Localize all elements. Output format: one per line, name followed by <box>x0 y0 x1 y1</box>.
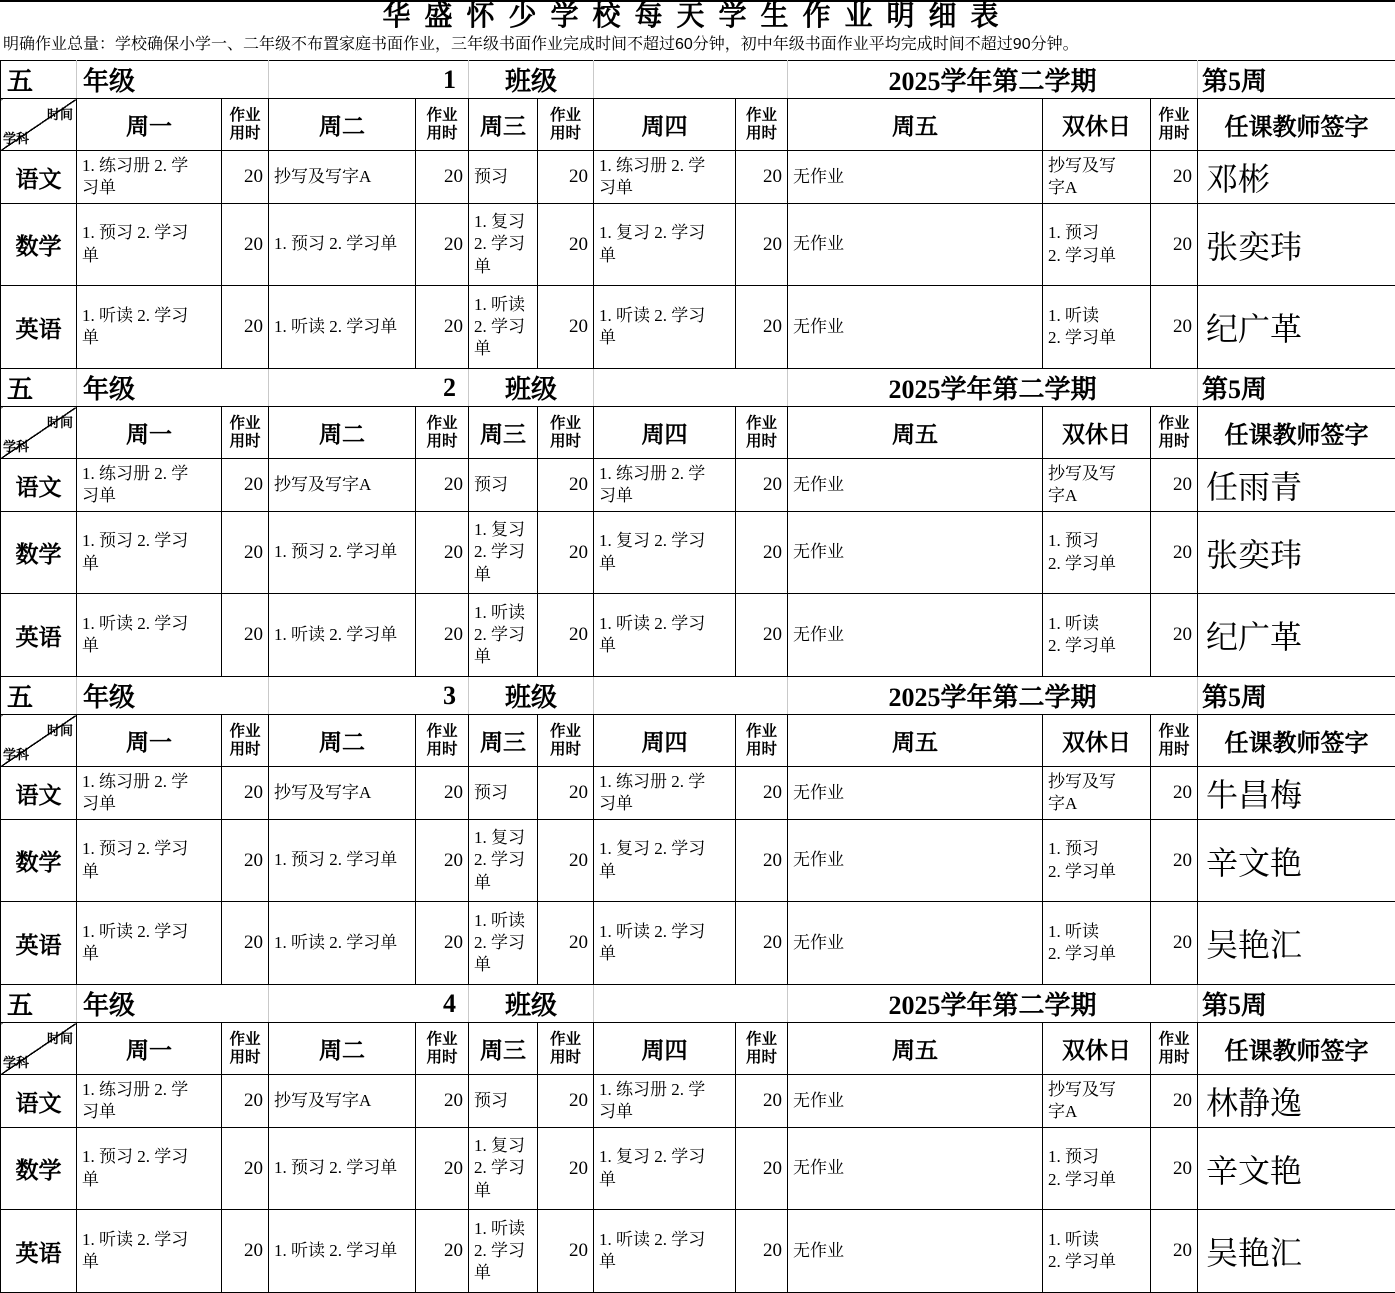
band-semester: 2025学年第二学期 <box>788 985 1198 1023</box>
minutes-cell: 20 <box>1151 151 1198 204</box>
minutes-cell: 20 <box>222 286 269 369</box>
duration-header: 作业用时 <box>416 99 469 151</box>
band-class-label: 班级 <box>469 985 594 1023</box>
homework-cell: 预习 <box>469 767 538 820</box>
day-header-wed: 周三 <box>469 99 538 151</box>
corner-subject-label: 学科 <box>3 744 29 763</box>
duration-header: 作业用时 <box>736 99 788 151</box>
homework-cell: 抄写及写字A <box>269 459 416 512</box>
duration-header: 作业用时 <box>1151 407 1198 459</box>
homework-cell: 1. 练习册 2. 学习单 <box>594 1075 736 1128</box>
subject-label: 语文 <box>1 151 77 204</box>
duration-header: 作业用时 <box>222 715 269 767</box>
weekend-header: 双休日 <box>1043 715 1151 767</box>
day-header-tue: 周二 <box>269 407 416 459</box>
band-class-label: 班级 <box>469 677 594 715</box>
day-header-tue: 周二 <box>269 1023 416 1075</box>
table-row: 英语 1. 听读 2. 学习单 20 1. 听读 2. 学习单 20 1. 听读… <box>1 1210 1395 1293</box>
duration-header: 作业用时 <box>222 407 269 459</box>
minutes-cell: 20 <box>416 767 469 820</box>
minutes-cell: 20 <box>1151 1210 1198 1293</box>
minutes-cell: 20 <box>416 286 469 369</box>
homework-cell: 1. 复习 2. 学习单 <box>469 820 538 902</box>
table-row: 英语 1. 听读 2. 学习单 20 1. 听读 2. 学习单 20 1. 听读… <box>1 286 1395 369</box>
minutes-cell: 20 <box>416 1075 469 1128</box>
homework-cell: 1. 听读 2. 学习单 <box>594 1210 736 1293</box>
band-grade: 五 <box>1 369 77 407</box>
weekend-header: 双休日 <box>1043 1023 1151 1075</box>
duration-header: 作业用时 <box>538 715 594 767</box>
teacher-signature-cell: 任雨青 <box>1198 459 1395 512</box>
minutes-cell: 20 <box>222 1128 269 1210</box>
homework-cell: 无作业 <box>788 512 1043 594</box>
corner-cell: 时间 学科 <box>1 99 77 151</box>
homework-cell: 抄写及写字A <box>269 151 416 204</box>
minutes-cell: 20 <box>736 286 788 369</box>
table-row: 数学 1. 预习 2. 学习单 20 1. 预习 2. 学习单 20 1. 复习… <box>1 512 1395 594</box>
corner-time-label: 时间 <box>47 720 73 739</box>
subject-label: 数学 <box>1 512 77 594</box>
homework-cell: 抄写及写 字A <box>1043 1075 1151 1128</box>
section-band-row: 五 年级 2 班级 2025学年第二学期 第5周 <box>1 369 1395 407</box>
day-header-mon: 周一 <box>77 407 222 459</box>
minutes-cell: 20 <box>538 902 594 985</box>
duration-header: 作业用时 <box>538 1023 594 1075</box>
homework-cell: 1. 预习 2. 学习单 <box>77 1128 222 1210</box>
minutes-cell: 20 <box>416 594 469 677</box>
band-class-number: 4 <box>269 985 469 1023</box>
homework-cell: 1. 听读 2. 学习单 <box>77 594 222 677</box>
day-header-thu: 周四 <box>594 1023 736 1075</box>
duration-header: 作业用时 <box>416 1023 469 1075</box>
table-row: 语文 1. 练习册 2. 学习单 20 抄写及写字A 20 预习 20 1. 练… <box>1 767 1395 820</box>
homework-cell: 1. 复习 2. 学习单 <box>594 820 736 902</box>
section-band-row: 五 年级 1 班级 2025学年第二学期 第5周 <box>1 61 1395 99</box>
homework-cell: 预习 <box>469 1075 538 1128</box>
duration-header: 作业用时 <box>736 715 788 767</box>
subject-label: 英语 <box>1 1210 77 1293</box>
duration-header: 作业用时 <box>1151 1023 1198 1075</box>
minutes-cell: 20 <box>736 767 788 820</box>
band-week: 第5周 <box>1198 985 1395 1023</box>
homework-cell: 1. 听读 2. 学习单 <box>469 286 538 369</box>
minutes-cell: 20 <box>222 820 269 902</box>
homework-cell: 1. 预习 2. 学习单 <box>269 1128 416 1210</box>
homework-cell: 1. 听读 2. 学习单 <box>77 1210 222 1293</box>
homework-cell: 1. 听读 2. 学习单 <box>1043 286 1151 369</box>
minutes-cell: 20 <box>416 204 469 286</box>
teacher-signature-cell: 张奕玮 <box>1198 512 1395 594</box>
homework-cell: 抄写及写 字A <box>1043 459 1151 512</box>
minutes-cell: 20 <box>538 1210 594 1293</box>
homework-cell: 1. 听读 2. 学习单 <box>1043 1210 1151 1293</box>
minutes-cell: 20 <box>416 512 469 594</box>
homework-cell: 无作业 <box>788 459 1043 512</box>
band-class-label: 班级 <box>469 61 594 99</box>
weekend-header: 双休日 <box>1043 407 1151 459</box>
teacher-sign-header: 任课教师签字 <box>1198 407 1395 459</box>
subject-label: 英语 <box>1 286 77 369</box>
homework-cell: 无作业 <box>788 594 1043 677</box>
band-class-number: 1 <box>269 61 469 99</box>
minutes-cell: 20 <box>416 902 469 985</box>
duration-header: 作业用时 <box>538 407 594 459</box>
homework-cell: 无作业 <box>788 820 1043 902</box>
band-grade-label: 年级 <box>77 985 269 1023</box>
homework-cell: 无作业 <box>788 767 1043 820</box>
duration-header: 作业用时 <box>416 715 469 767</box>
minutes-cell: 20 <box>1151 512 1198 594</box>
homework-cell: 1. 预习 2. 学习单 <box>1043 1128 1151 1210</box>
minutes-cell: 20 <box>222 204 269 286</box>
homework-cell: 1. 听读 2. 学习单 <box>77 902 222 985</box>
minutes-cell: 20 <box>222 902 269 985</box>
homework-cell: 1. 听读 2. 学习单 <box>594 594 736 677</box>
homework-cell: 1. 听读 2. 学习单 <box>594 902 736 985</box>
homework-cell: 1. 练习册 2. 学习单 <box>77 151 222 204</box>
header-row: 时间 学科 周一 作业用时 周二 作业用时 周三 作业用时 周四 作业用时 周五… <box>1 99 1395 151</box>
day-header-wed: 周三 <box>469 1023 538 1075</box>
homework-cell: 1. 复习 2. 学习单 <box>469 204 538 286</box>
minutes-cell: 20 <box>538 767 594 820</box>
homework-cell: 1. 听读 2. 学习单 <box>269 286 416 369</box>
homework-cell: 抄写及写 字A <box>1043 151 1151 204</box>
teacher-signature-cell: 牛昌梅 <box>1198 767 1395 820</box>
teacher-sign-header: 任课教师签字 <box>1198 1023 1395 1075</box>
corner-time-label: 时间 <box>47 1028 73 1047</box>
homework-cell: 1. 练习册 2. 学习单 <box>77 459 222 512</box>
corner-subject-label: 学科 <box>3 1052 29 1071</box>
homework-cell: 1. 听读 2. 学习单 <box>269 594 416 677</box>
teacher-signature-cell: 吴艳汇 <box>1198 1210 1395 1293</box>
homework-cell: 1. 预习 2. 学习单 <box>1043 512 1151 594</box>
homework-cell: 1. 复习 2. 学习单 <box>594 1128 736 1210</box>
minutes-cell: 20 <box>222 767 269 820</box>
section-band-row: 五 年级 3 班级 2025学年第二学期 第5周 <box>1 677 1395 715</box>
homework-cell: 1. 预习 2. 学习单 <box>269 204 416 286</box>
homework-cell: 1. 复习 2. 学习单 <box>469 1128 538 1210</box>
minutes-cell: 20 <box>538 594 594 677</box>
minutes-cell: 20 <box>1151 1075 1198 1128</box>
homework-cell: 1. 听读 2. 学习单 <box>469 902 538 985</box>
minutes-cell: 20 <box>538 1075 594 1128</box>
homework-cell: 1. 预习 2. 学习单 <box>77 204 222 286</box>
homework-cell: 1. 听读 2. 学习单 <box>77 286 222 369</box>
band-spacer <box>594 61 788 99</box>
teacher-signature-cell: 邓彬 <box>1198 151 1395 204</box>
minutes-cell: 20 <box>736 512 788 594</box>
band-grade-label: 年级 <box>77 61 269 99</box>
subject-label: 数学 <box>1 204 77 286</box>
subject-label: 数学 <box>1 1128 77 1210</box>
homework-cell: 无作业 <box>788 1075 1043 1128</box>
subject-label: 英语 <box>1 902 77 985</box>
homework-cell: 1. 听读 2. 学习单 <box>1043 902 1151 985</box>
day-header-thu: 周四 <box>594 715 736 767</box>
duration-header: 作业用时 <box>1151 715 1198 767</box>
day-header-wed: 周三 <box>469 407 538 459</box>
minutes-cell: 20 <box>1151 204 1198 286</box>
homework-cell: 1. 复习 2. 学习单 <box>469 512 538 594</box>
homework-cell: 1. 听读 2. 学习单 <box>269 902 416 985</box>
table-row: 数学 1. 预习 2. 学习单 20 1. 预习 2. 学习单 20 1. 复习… <box>1 1128 1395 1210</box>
header-row: 时间 学科 周一 作业用时 周二 作业用时 周三 作业用时 周四 作业用时 周五… <box>1 1023 1395 1075</box>
day-header-fri: 周五 <box>788 1023 1043 1075</box>
band-class-number: 3 <box>269 677 469 715</box>
header-row: 时间 学科 周一 作业用时 周二 作业用时 周三 作业用时 周四 作业用时 周五… <box>1 407 1395 459</box>
minutes-cell: 20 <box>1151 1128 1198 1210</box>
teacher-signature-cell: 吴艳汇 <box>1198 902 1395 985</box>
homework-cell: 无作业 <box>788 1210 1043 1293</box>
minutes-cell: 20 <box>416 459 469 512</box>
band-class-number: 2 <box>269 369 469 407</box>
minutes-cell: 20 <box>222 1210 269 1293</box>
homework-cell: 1. 练习册 2. 学习单 <box>77 767 222 820</box>
subject-label: 数学 <box>1 820 77 902</box>
day-header-tue: 周二 <box>269 715 416 767</box>
homework-cell: 1. 练习册 2. 学习单 <box>594 767 736 820</box>
table-row: 语文 1. 练习册 2. 学习单 20 抄写及写字A 20 预习 20 1. 练… <box>1 1075 1395 1128</box>
minutes-cell: 20 <box>538 820 594 902</box>
duration-header: 作业用时 <box>222 99 269 151</box>
minutes-cell: 20 <box>1151 767 1198 820</box>
teacher-signature-cell: 纪广革 <box>1198 594 1395 677</box>
homework-cell: 1. 复习 2. 学习单 <box>594 204 736 286</box>
minutes-cell: 20 <box>416 151 469 204</box>
minutes-cell: 20 <box>1151 820 1198 902</box>
duration-header: 作业用时 <box>538 99 594 151</box>
band-week: 第5周 <box>1198 677 1395 715</box>
homework-cell: 1. 预习 2. 学习单 <box>1043 204 1151 286</box>
band-spacer <box>594 369 788 407</box>
minutes-cell: 20 <box>538 459 594 512</box>
day-header-mon: 周一 <box>77 1023 222 1075</box>
table-row: 英语 1. 听读 2. 学习单 20 1. 听读 2. 学习单 20 1. 听读… <box>1 594 1395 677</box>
homework-cell: 1. 听读 2. 学习单 <box>269 1210 416 1293</box>
band-class-label: 班级 <box>469 369 594 407</box>
day-header-fri: 周五 <box>788 407 1043 459</box>
minutes-cell: 20 <box>416 820 469 902</box>
homework-cell: 1. 练习册 2. 学习单 <box>594 151 736 204</box>
table-row: 语文 1. 练习册 2. 学习单 20 抄写及写字A 20 预习 20 1. 练… <box>1 151 1395 204</box>
weekend-header: 双休日 <box>1043 99 1151 151</box>
homework-cell: 无作业 <box>788 286 1043 369</box>
minutes-cell: 20 <box>416 1128 469 1210</box>
header-row: 时间 学科 周一 作业用时 周二 作业用时 周三 作业用时 周四 作业用时 周五… <box>1 715 1395 767</box>
day-header-wed: 周三 <box>469 715 538 767</box>
homework-cell: 抄写及写 字A <box>1043 767 1151 820</box>
corner-time-label: 时间 <box>47 104 73 123</box>
homework-cell: 无作业 <box>788 1128 1043 1210</box>
table-row: 数学 1. 预习 2. 学习单 20 1. 预习 2. 学习单 20 1. 复习… <box>1 204 1395 286</box>
homework-cell: 无作业 <box>788 204 1043 286</box>
subject-label: 语文 <box>1 459 77 512</box>
minutes-cell: 20 <box>736 1210 788 1293</box>
corner-time-label: 时间 <box>47 412 73 431</box>
minutes-cell: 20 <box>1151 594 1198 677</box>
homework-cell: 1. 听读 2. 学习单 <box>594 286 736 369</box>
minutes-cell: 20 <box>736 1128 788 1210</box>
teacher-signature-cell: 辛文艳 <box>1198 1128 1395 1210</box>
minutes-cell: 20 <box>222 1075 269 1128</box>
corner-cell: 时间 学科 <box>1 715 77 767</box>
homework-cell: 1. 复习 2. 学习单 <box>594 512 736 594</box>
homework-cell: 预习 <box>469 151 538 204</box>
duration-header: 作业用时 <box>222 1023 269 1075</box>
homework-cell: 抄写及写字A <box>269 767 416 820</box>
band-spacer <box>594 677 788 715</box>
band-grade: 五 <box>1 985 77 1023</box>
minutes-cell: 20 <box>736 151 788 204</box>
day-header-tue: 周二 <box>269 99 416 151</box>
band-semester: 2025学年第二学期 <box>788 677 1198 715</box>
minutes-cell: 20 <box>538 204 594 286</box>
minutes-cell: 20 <box>736 902 788 985</box>
corner-cell: 时间 学科 <box>1 407 77 459</box>
homework-cell: 无作业 <box>788 151 1043 204</box>
duration-header: 作业用时 <box>1151 99 1198 151</box>
teacher-signature-cell: 纪广革 <box>1198 286 1395 369</box>
minutes-cell: 20 <box>222 594 269 677</box>
minutes-cell: 20 <box>1151 902 1198 985</box>
homework-cell: 1. 听读 2. 学习单 <box>1043 594 1151 677</box>
corner-cell: 时间 学科 <box>1 1023 77 1075</box>
day-header-fri: 周五 <box>788 715 1043 767</box>
teacher-sign-header: 任课教师签字 <box>1198 99 1395 151</box>
homework-cell: 1. 预习 2. 学习单 <box>1043 820 1151 902</box>
minutes-cell: 20 <box>538 1128 594 1210</box>
homework-cell: 抄写及写字A <box>269 1075 416 1128</box>
teacher-signature-cell: 辛文艳 <box>1198 820 1395 902</box>
band-grade: 五 <box>1 677 77 715</box>
day-header-thu: 周四 <box>594 407 736 459</box>
duration-header: 作业用时 <box>736 407 788 459</box>
minutes-cell: 20 <box>736 204 788 286</box>
duration-header: 作业用时 <box>736 1023 788 1075</box>
band-semester: 2025学年第二学期 <box>788 369 1198 407</box>
homework-cell: 1. 练习册 2. 学习单 <box>77 1075 222 1128</box>
minutes-cell: 20 <box>222 151 269 204</box>
teacher-signature-cell: 林静逸 <box>1198 1075 1395 1128</box>
minutes-cell: 20 <box>736 459 788 512</box>
minutes-cell: 20 <box>736 1075 788 1128</box>
homework-cell: 1. 预习 2. 学习单 <box>269 820 416 902</box>
band-semester: 2025学年第二学期 <box>788 61 1198 99</box>
subject-label: 语文 <box>1 767 77 820</box>
day-header-mon: 周一 <box>77 99 222 151</box>
page-title: 华盛怀少学校每天学生作业明细表 <box>0 2 1395 32</box>
minutes-cell: 20 <box>538 151 594 204</box>
minutes-cell: 20 <box>222 459 269 512</box>
subject-label: 英语 <box>1 594 77 677</box>
teacher-signature-cell: 张奕玮 <box>1198 204 1395 286</box>
homework-cell: 1. 听读 2. 学习单 <box>469 594 538 677</box>
homework-cell: 1. 听读 2. 学习单 <box>469 1210 538 1293</box>
band-spacer <box>594 985 788 1023</box>
day-header-mon: 周一 <box>77 715 222 767</box>
corner-subject-label: 学科 <box>3 128 29 147</box>
print-area: 华盛怀少学校每天学生作业明细表 明确作业总量：学校确保小学一、二年级不布置家庭书… <box>0 0 1395 1293</box>
band-grade-label: 年级 <box>77 677 269 715</box>
homework-cell: 1. 预习 2. 学习单 <box>77 512 222 594</box>
section-band-row: 五 年级 4 班级 2025学年第二学期 第5周 <box>1 985 1395 1023</box>
table-row: 语文 1. 练习册 2. 学习单 20 抄写及写字A 20 预习 20 1. 练… <box>1 459 1395 512</box>
minutes-cell: 20 <box>538 286 594 369</box>
homework-cell: 无作业 <box>788 902 1043 985</box>
band-grade-label: 年级 <box>77 369 269 407</box>
homework-cell: 1. 预习 2. 学习单 <box>269 512 416 594</box>
day-header-thu: 周四 <box>594 99 736 151</box>
minutes-cell: 20 <box>1151 459 1198 512</box>
minutes-cell: 20 <box>1151 286 1198 369</box>
homework-cell: 预习 <box>469 459 538 512</box>
table-row: 数学 1. 预习 2. 学习单 20 1. 预习 2. 学习单 20 1. 复习… <box>1 820 1395 902</box>
teacher-sign-header: 任课教师签字 <box>1198 715 1395 767</box>
homework-cell: 1. 预习 2. 学习单 <box>77 820 222 902</box>
homework-cell: 1. 练习册 2. 学习单 <box>594 459 736 512</box>
minutes-cell: 20 <box>736 820 788 902</box>
duration-header: 作业用时 <box>416 407 469 459</box>
minutes-cell: 20 <box>736 594 788 677</box>
band-week: 第5周 <box>1198 61 1395 99</box>
minutes-cell: 20 <box>416 1210 469 1293</box>
homework-policy-note: 明确作业总量：学校确保小学一、二年级不布置家庭书面作业，三年级书面作业完成时间不… <box>0 32 1395 60</box>
band-week: 第5周 <box>1198 369 1395 407</box>
table-row: 英语 1. 听读 2. 学习单 20 1. 听读 2. 学习单 20 1. 听读… <box>1 902 1395 985</box>
subject-label: 语文 <box>1 1075 77 1128</box>
corner-subject-label: 学科 <box>3 436 29 455</box>
minutes-cell: 20 <box>222 512 269 594</box>
day-header-fri: 周五 <box>788 99 1043 151</box>
band-grade: 五 <box>1 61 77 99</box>
homework-table: 五 年级 1 班级 2025学年第二学期 第5周 时间 学科 周一 作业用时 周… <box>0 60 1395 1293</box>
minutes-cell: 20 <box>538 512 594 594</box>
